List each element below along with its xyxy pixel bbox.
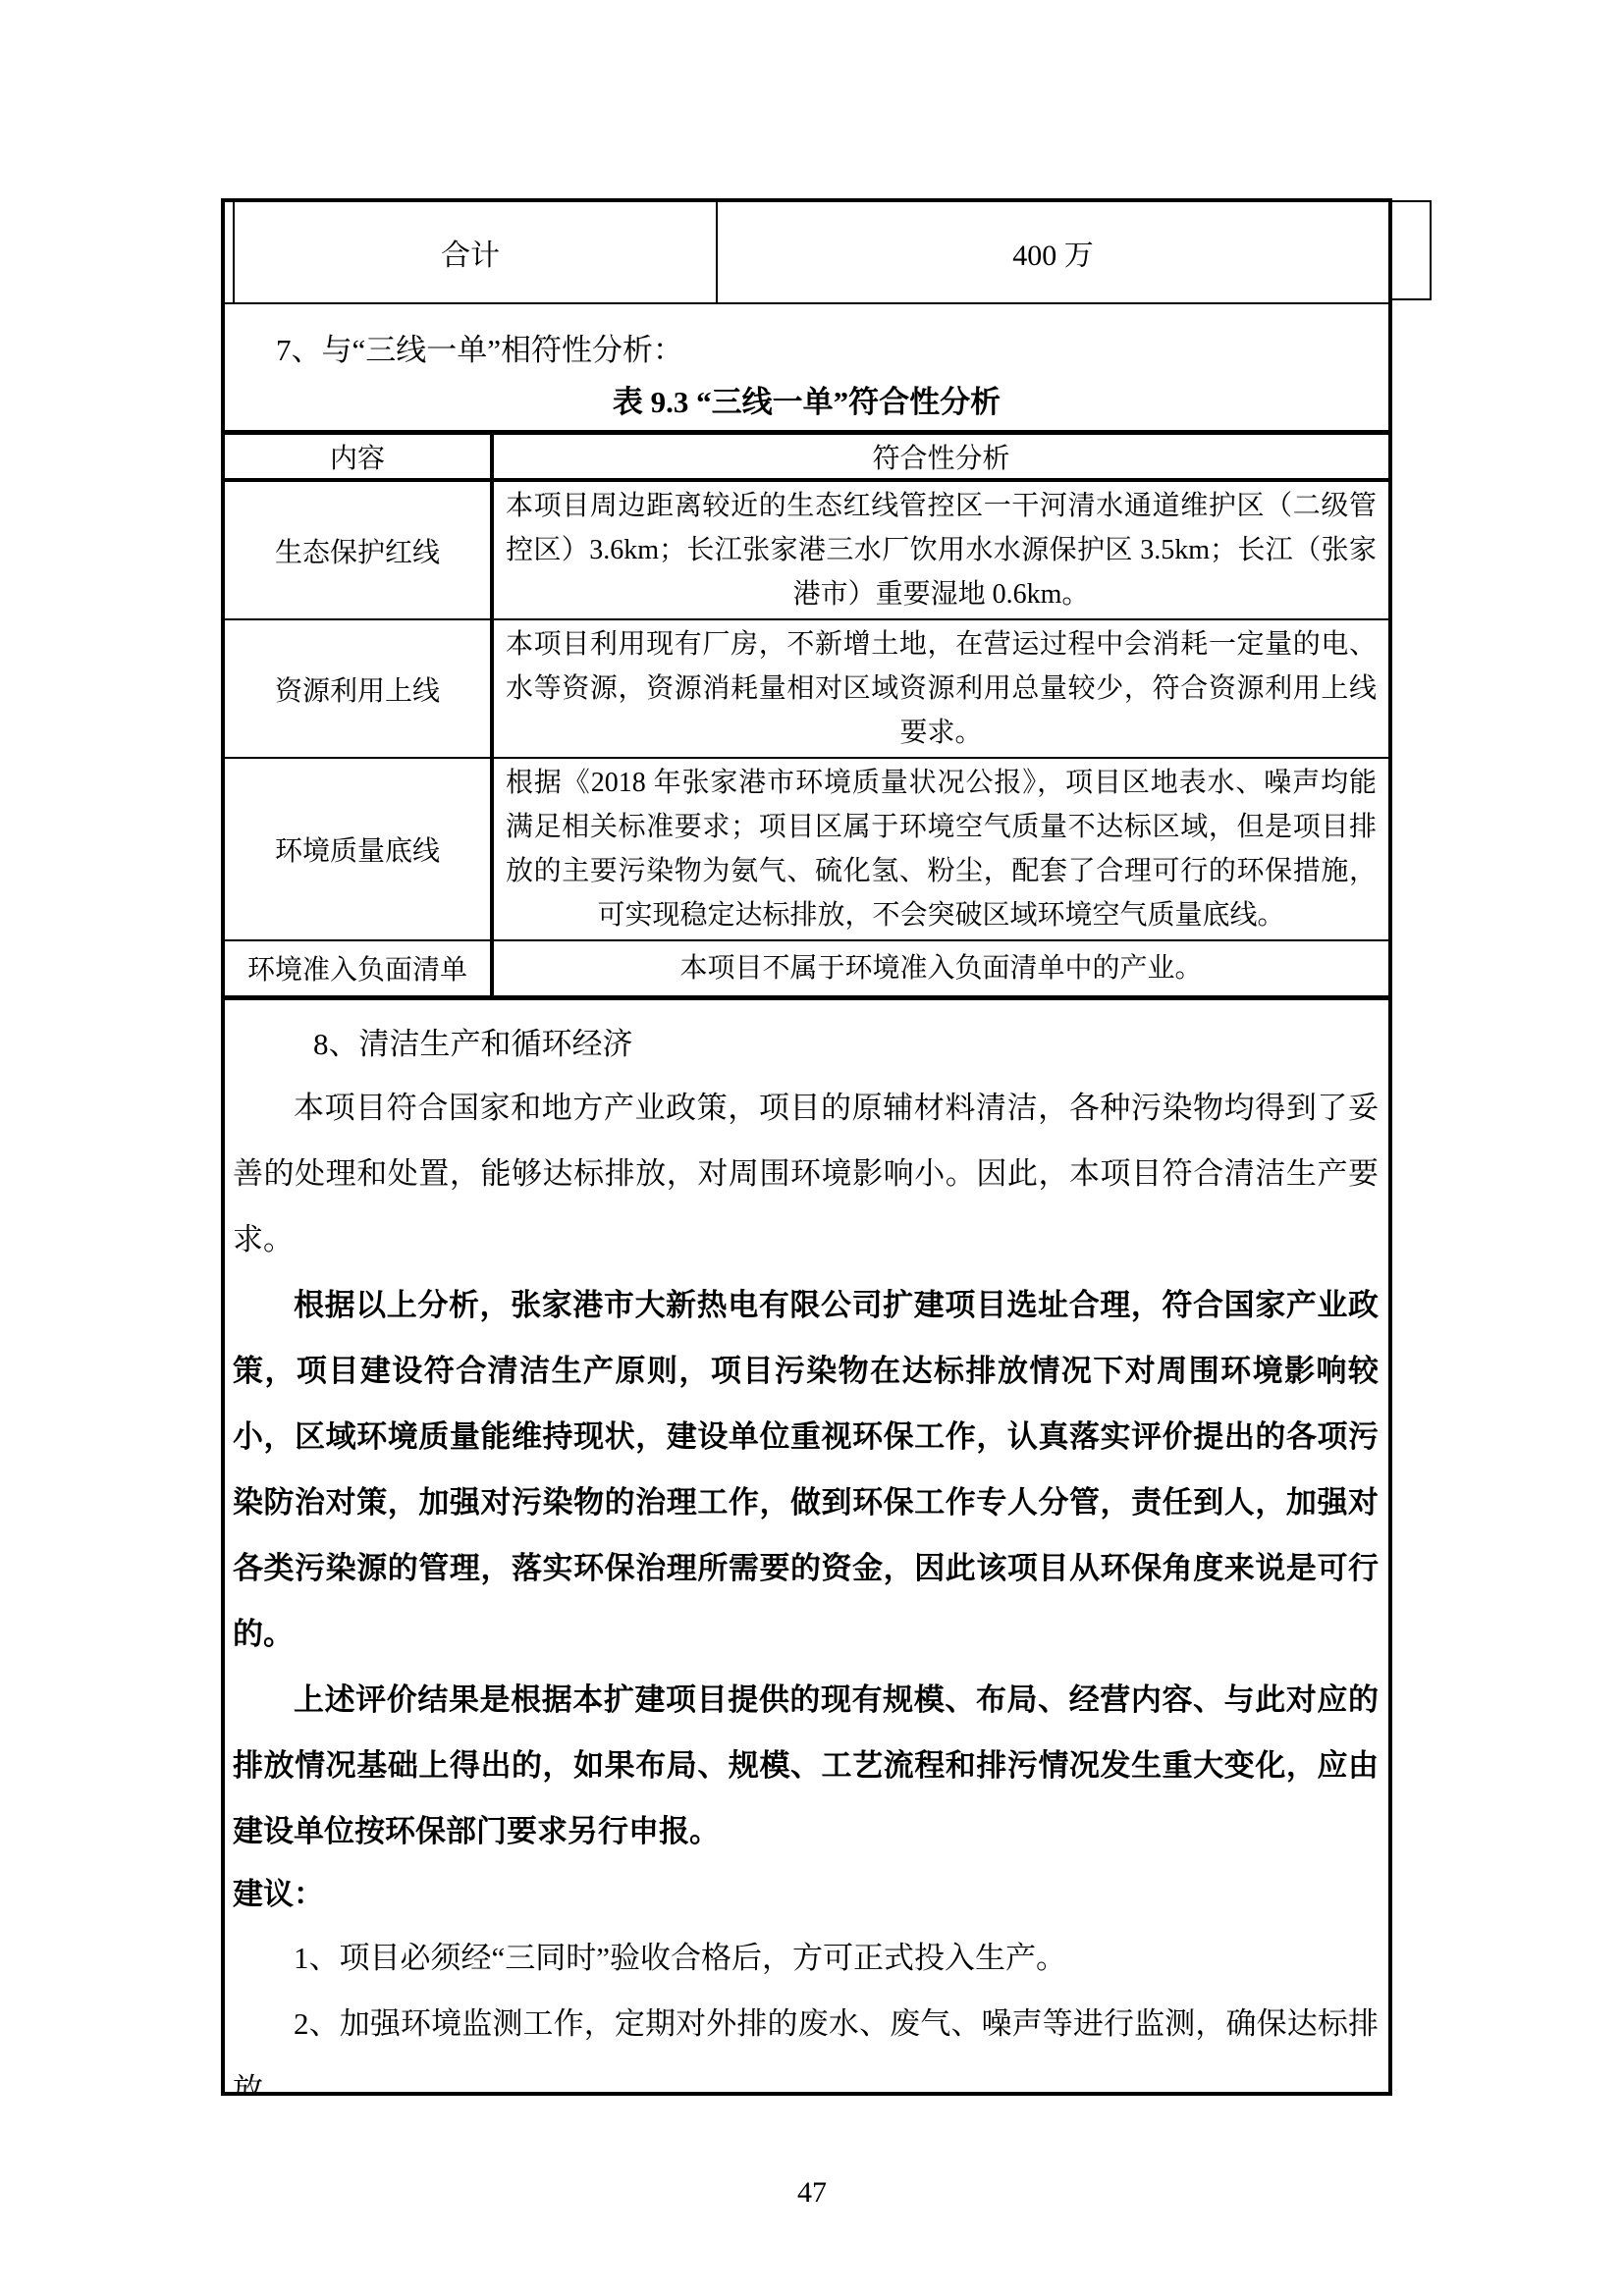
body-text-block: 8、清洁生产和循环经济 本项目符合国家和地方产业政策，项目的原辅材料清洁，各种污… bbox=[225, 1014, 1388, 2097]
page-number: 47 bbox=[0, 2176, 1624, 2210]
table-row: 环境准入负面清单 本项目不属于环境准入负面清单中的产业。 bbox=[225, 940, 1388, 997]
advice-label: 建议： bbox=[233, 1864, 1379, 1925]
row-content-resource-ceiling: 本项目利用现有厂房，不新增土地，在营运过程中会消耗一定量的电、水等资源，资源消耗… bbox=[492, 619, 1388, 758]
row-label-negative-list: 环境准入负面清单 bbox=[225, 940, 492, 997]
advice-item-1: 1、项目必须经“三同时”验收合格后，方可正式投入生产。 bbox=[233, 1925, 1379, 1991]
compliance-table: 内容 符合性分析 生态保护红线 本项目周边距离较近的生态红线管控区一干河清水通道… bbox=[225, 430, 1388, 1000]
advice-item-2: 2、加强环境监测工作，定期对外排的废水、废气、噪声等进行监测，确保达标排放。 bbox=[233, 1991, 1379, 2097]
table-9-3-title: 表 9.3 “三线一单”符合性分析 bbox=[225, 377, 1388, 428]
row-label-env-quality-bottomline: 环境质量底线 bbox=[225, 758, 492, 940]
table-row: 资源利用上线 本项目利用现有厂房，不新增土地，在营运过程中会消耗一定量的电、水等… bbox=[225, 619, 1388, 758]
frame-inner-line bbox=[233, 202, 235, 304]
totals-value-cell: 400 万 bbox=[718, 202, 1388, 302]
section8-paragraph-3: 上述评价结果是根据本扩建项目提供的现有规模、布局、经营内容、与此对应的排放情况基… bbox=[233, 1667, 1379, 1864]
section8-paragraph-2: 根据以上分析，张家港市大新热电有限公司扩建项目选址合理，符合国家产业政策，项目建… bbox=[233, 1272, 1379, 1667]
table-row: 生态保护红线 本项目周边距离较近的生态红线管控区一干河清水通道维护区（二级管控区… bbox=[225, 480, 1388, 619]
row-content-env-quality-bottomline: 根据《2018 年张家港市环境质量状况公报》，项目区地表水、噪声均能满足相关标准… bbox=[492, 758, 1388, 940]
section8-paragraph-1: 本项目符合国家和地方产业政策，项目的原辅材料清洁，各种污染物均得到了妥善的处理和… bbox=[233, 1075, 1379, 1272]
row-content-ecological-redline: 本项目周边距离较近的生态红线管控区一干河清水通道维护区（二级管控区）3.6km；… bbox=[492, 480, 1388, 619]
section8-heading: 8、清洁生产和循环经济 bbox=[233, 1014, 1379, 1075]
row-label-resource-ceiling: 资源利用上线 bbox=[225, 619, 492, 758]
table-row: 环境质量底线 根据《2018 年张家港市环境质量状况公报》，项目区地表水、噪声均… bbox=[225, 758, 1388, 940]
row-content-negative-list: 本项目不属于环境准入负面清单中的产业。 bbox=[492, 940, 1388, 997]
header-cell-analysis: 符合性分析 bbox=[492, 433, 1388, 481]
table-overhang-cell bbox=[1388, 200, 1432, 300]
compliance-table-header-row: 内容 符合性分析 bbox=[225, 433, 1388, 481]
content-frame: 合计 400 万 7、与“三线一单”相符性分析： 表 9.3 “三线一单”符合性… bbox=[221, 198, 1392, 2096]
totals-label-cell: 合计 bbox=[225, 202, 718, 302]
document-page: 合计 400 万 7、与“三线一单”相符性分析： 表 9.3 “三线一单”符合性… bbox=[0, 0, 1624, 2296]
header-cell-content: 内容 bbox=[225, 433, 492, 481]
section7-heading: 7、与“三线一单”相符性分析： bbox=[225, 326, 1388, 375]
totals-table: 合计 400 万 bbox=[225, 202, 1388, 304]
row-label-ecological-redline: 生态保护红线 bbox=[225, 480, 492, 619]
